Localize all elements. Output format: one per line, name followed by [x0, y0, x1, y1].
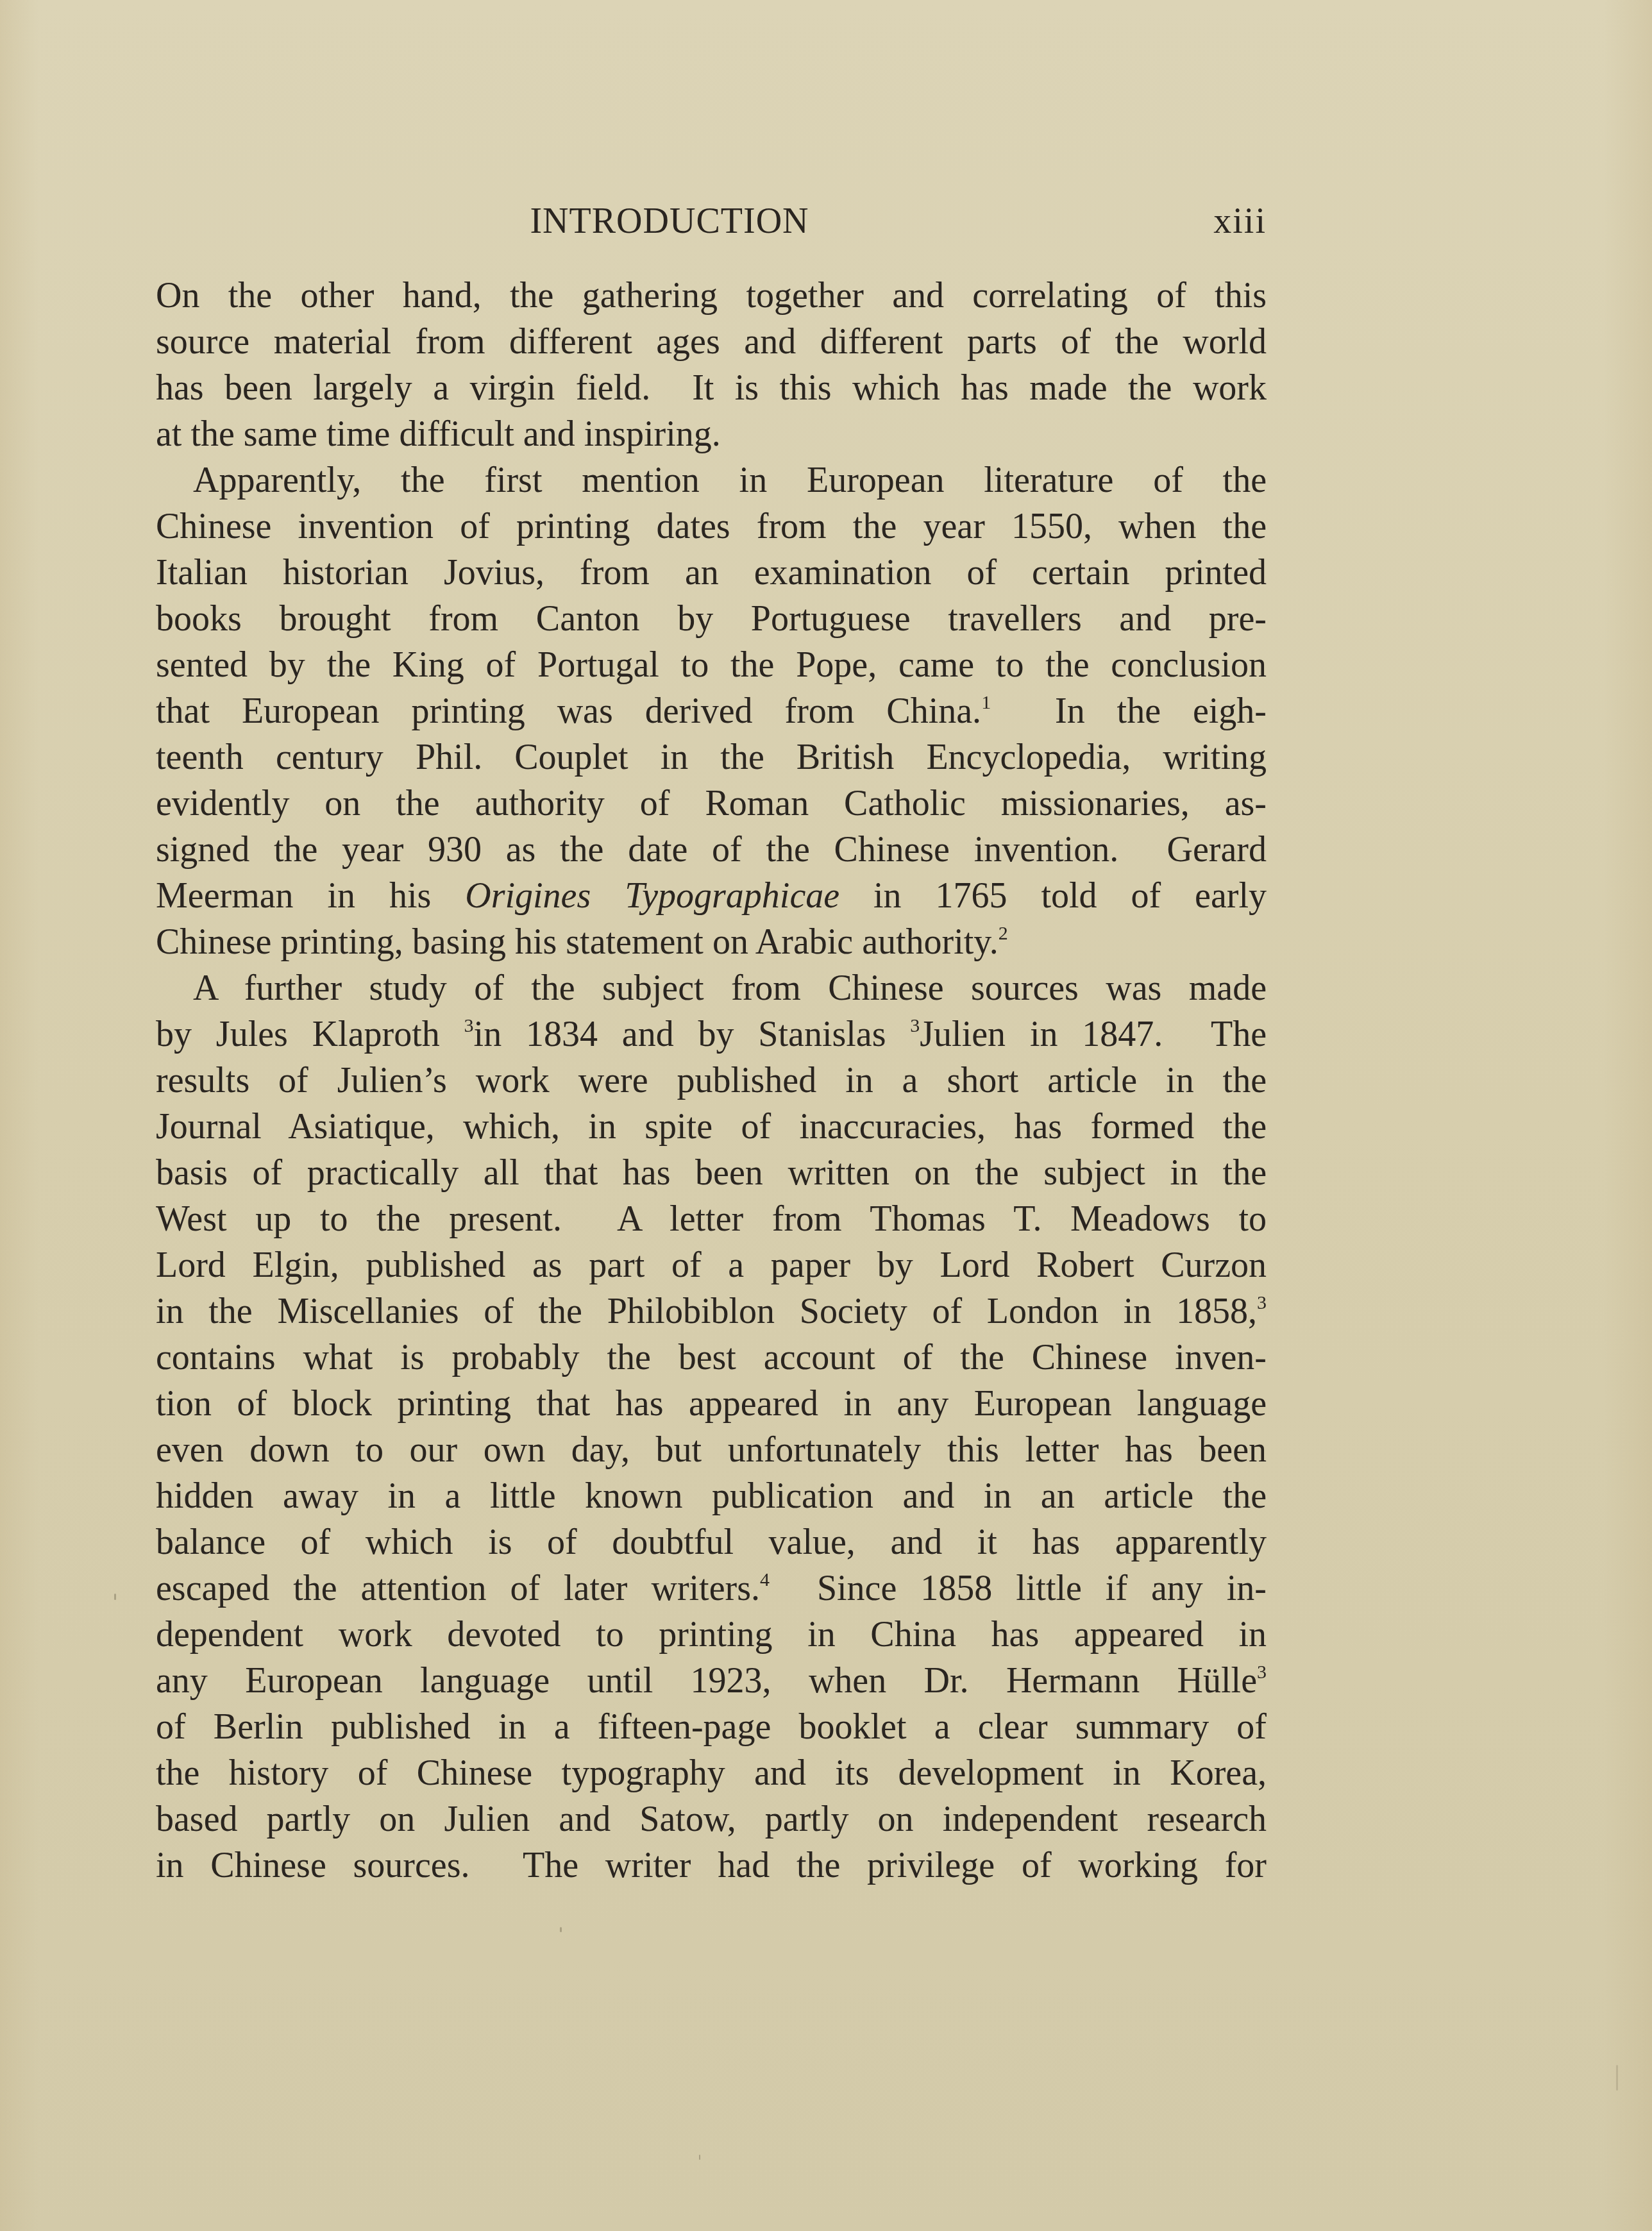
- text-line: that European printing was derived from …: [156, 688, 1267, 734]
- text-segment: dependent work devoted to printing in Ch…: [156, 1615, 1267, 1654]
- text-segment: in the Miscellanies of the Philobiblon S…: [156, 1292, 1257, 1331]
- text-segment: Journal Asiatique, which, in spite of in…: [156, 1107, 1267, 1147]
- text-segment: A further study of the subject from Chin…: [193, 968, 1267, 1008]
- paragraph-first-line: Apparently, the first mention in Europea…: [156, 457, 1267, 503]
- text-segment: that European printing was derived from …: [156, 691, 981, 731]
- paragraph-first-line: A further study of the subject from Chin…: [156, 965, 1267, 1011]
- text-line: source material from different ages and …: [156, 319, 1267, 365]
- footnote-marker: 3: [1257, 1292, 1267, 1313]
- text-segment: balance of which is of doubtful value, a…: [156, 1522, 1267, 1562]
- footnote-marker: 2: [999, 923, 1008, 944]
- text-line: in the Miscellanies of the Philobiblon S…: [156, 1288, 1267, 1334]
- text-line: by Jules Klaproth 3in 1834 and by Stanis…: [156, 1011, 1267, 1057]
- text-line: West up to the present. A letter from Th…: [156, 1196, 1267, 1242]
- text-line: at the same time difficult and inspiring…: [156, 411, 1267, 457]
- text-line: in Chinese sources. The writer had the p…: [156, 1842, 1267, 1889]
- text-line: escaped the attention of later writers.4…: [156, 1565, 1267, 1612]
- text-line: Meerman in his Origines Typographicae in…: [156, 873, 1267, 919]
- text-line: has been largely a virgin field. It is t…: [156, 365, 1267, 411]
- text-segment: signed the year 930 as the date of the C…: [156, 830, 1267, 870]
- body-text: On the other hand, the gathering togethe…: [156, 273, 1267, 1889]
- text-line: On the other hand, the gathering togethe…: [156, 273, 1267, 319]
- paper-speck: [1616, 2065, 1618, 2091]
- text-segment: Meerman in his: [156, 876, 465, 916]
- text-segment: Since 1858 little if any in-: [770, 1569, 1267, 1608]
- text-line: balance of which is of doubtful value, a…: [156, 1519, 1267, 1565]
- text-segment: at the same time difficult and inspiring…: [156, 414, 721, 454]
- text-line: any European language until 1923, when D…: [156, 1658, 1267, 1704]
- paper-speck: [114, 1594, 116, 1600]
- text-line: based partly on Julien and Satow, partly…: [156, 1796, 1267, 1842]
- text-segment: the history of Chinese typography and it…: [156, 1753, 1267, 1793]
- text-segment: results of Julien’s work were published …: [156, 1061, 1267, 1100]
- text-segment: West up to the present. A letter from Th…: [156, 1199, 1267, 1239]
- text-segment: Italian historian Jovius, from an examin…: [156, 553, 1267, 593]
- text-segment: contains what is probably the best accou…: [156, 1338, 1267, 1377]
- text-segment: based partly on Julien and Satow, partly…: [156, 1799, 1267, 1839]
- text-segment: any European language until 1923, when D…: [156, 1661, 1257, 1701]
- text-segment: Lord Elgin, published as part of a paper…: [156, 1245, 1267, 1285]
- text-segment: tion of block printing that has appeared…: [156, 1384, 1267, 1424]
- text-line: books brought from Canton by Portuguese …: [156, 596, 1267, 642]
- running-head: INTRODUCTION xiii: [156, 196, 1267, 253]
- text-line: basis of practically all that has been w…: [156, 1150, 1267, 1196]
- text-segment: evidently on the authority of Roman Cath…: [156, 784, 1267, 823]
- text-line: tion of block printing that has appeared…: [156, 1381, 1267, 1427]
- text-segment: In the eigh-: [991, 691, 1267, 731]
- text-segment: hidden away in a little known publicatio…: [156, 1476, 1267, 1516]
- text-line: sented by the King of Portugal to the Po…: [156, 642, 1267, 688]
- text-segment: in 1834 and by Stanislas: [474, 1014, 911, 1054]
- page-number: xiii: [1213, 201, 1267, 242]
- text-segment: escaped the attention of later writers.: [156, 1569, 760, 1608]
- text-segment: books brought from Canton by Portuguese …: [156, 599, 1267, 639]
- text-line: signed the year 930 as the date of the C…: [156, 827, 1267, 873]
- footnote-marker: 3: [464, 1015, 474, 1036]
- text-segment: source material from different ages and …: [156, 322, 1267, 362]
- text-line: evidently on the authority of Roman Cath…: [156, 780, 1267, 827]
- running-head-title: INTRODUCTION: [156, 201, 1267, 242]
- text-line: Italian historian Jovius, from an examin…: [156, 550, 1267, 596]
- text-segment: Chinese invention of printing dates from…: [156, 507, 1267, 546]
- text-line: Lord Elgin, published as part of a paper…: [156, 1242, 1267, 1288]
- text-segment: in Chinese sources. The writer had the p…: [156, 1846, 1267, 1885]
- text-line: teenth century Phil. Couplet in the Brit…: [156, 734, 1267, 780]
- paper-speck: [699, 2155, 700, 2160]
- footnote-marker: 3: [910, 1015, 920, 1036]
- text-segment: On the other hand, the gathering togethe…: [156, 276, 1267, 316]
- text-segment: basis of practically all that has been w…: [156, 1153, 1267, 1193]
- text-line: the history of Chinese typography and it…: [156, 1750, 1267, 1796]
- italic-title: Origines Typographicae: [465, 876, 839, 916]
- text-segment: Chinese printing, basing his statement o…: [156, 922, 999, 962]
- text-line: dependent work devoted to printing in Ch…: [156, 1612, 1267, 1658]
- text-segment: has been largely a virgin field. It is t…: [156, 368, 1267, 408]
- text-segment: by Jules Klaproth: [156, 1014, 464, 1054]
- text-line: results of Julien’s work were published …: [156, 1057, 1267, 1104]
- footnote-marker: 3: [1257, 1662, 1267, 1683]
- footnote-marker: 1: [981, 692, 991, 713]
- text-line: contains what is probably the best accou…: [156, 1334, 1267, 1381]
- book-page: INTRODUCTION xiii On the other hand, the…: [0, 0, 1652, 2231]
- text-segment: Apparently, the first mention in Europea…: [193, 460, 1267, 500]
- text-segment: teenth century Phil. Couplet in the Brit…: [156, 737, 1267, 777]
- text-line: Chinese invention of printing dates from…: [156, 503, 1267, 550]
- text-segment: even down to our own day, but unfortunat…: [156, 1430, 1267, 1470]
- text-line: of Berlin published in a fifteen-page bo…: [156, 1704, 1267, 1750]
- text-line: even down to our own day, but unfortunat…: [156, 1427, 1267, 1473]
- text-segment: of Berlin published in a fifteen-page bo…: [156, 1707, 1267, 1747]
- text-line: hidden away in a little known publicatio…: [156, 1473, 1267, 1519]
- text-line: Chinese printing, basing his statement o…: [156, 919, 1267, 965]
- text-segment: Julien in 1847. The: [920, 1014, 1267, 1054]
- text-line: Journal Asiatique, which, in spite of in…: [156, 1104, 1267, 1150]
- text-segment: sented by the King of Portugal to the Po…: [156, 645, 1267, 685]
- text-segment: in 1765 told of early: [839, 876, 1267, 916]
- paper-speck: [560, 1927, 562, 1932]
- footnote-marker: 4: [760, 1569, 770, 1590]
